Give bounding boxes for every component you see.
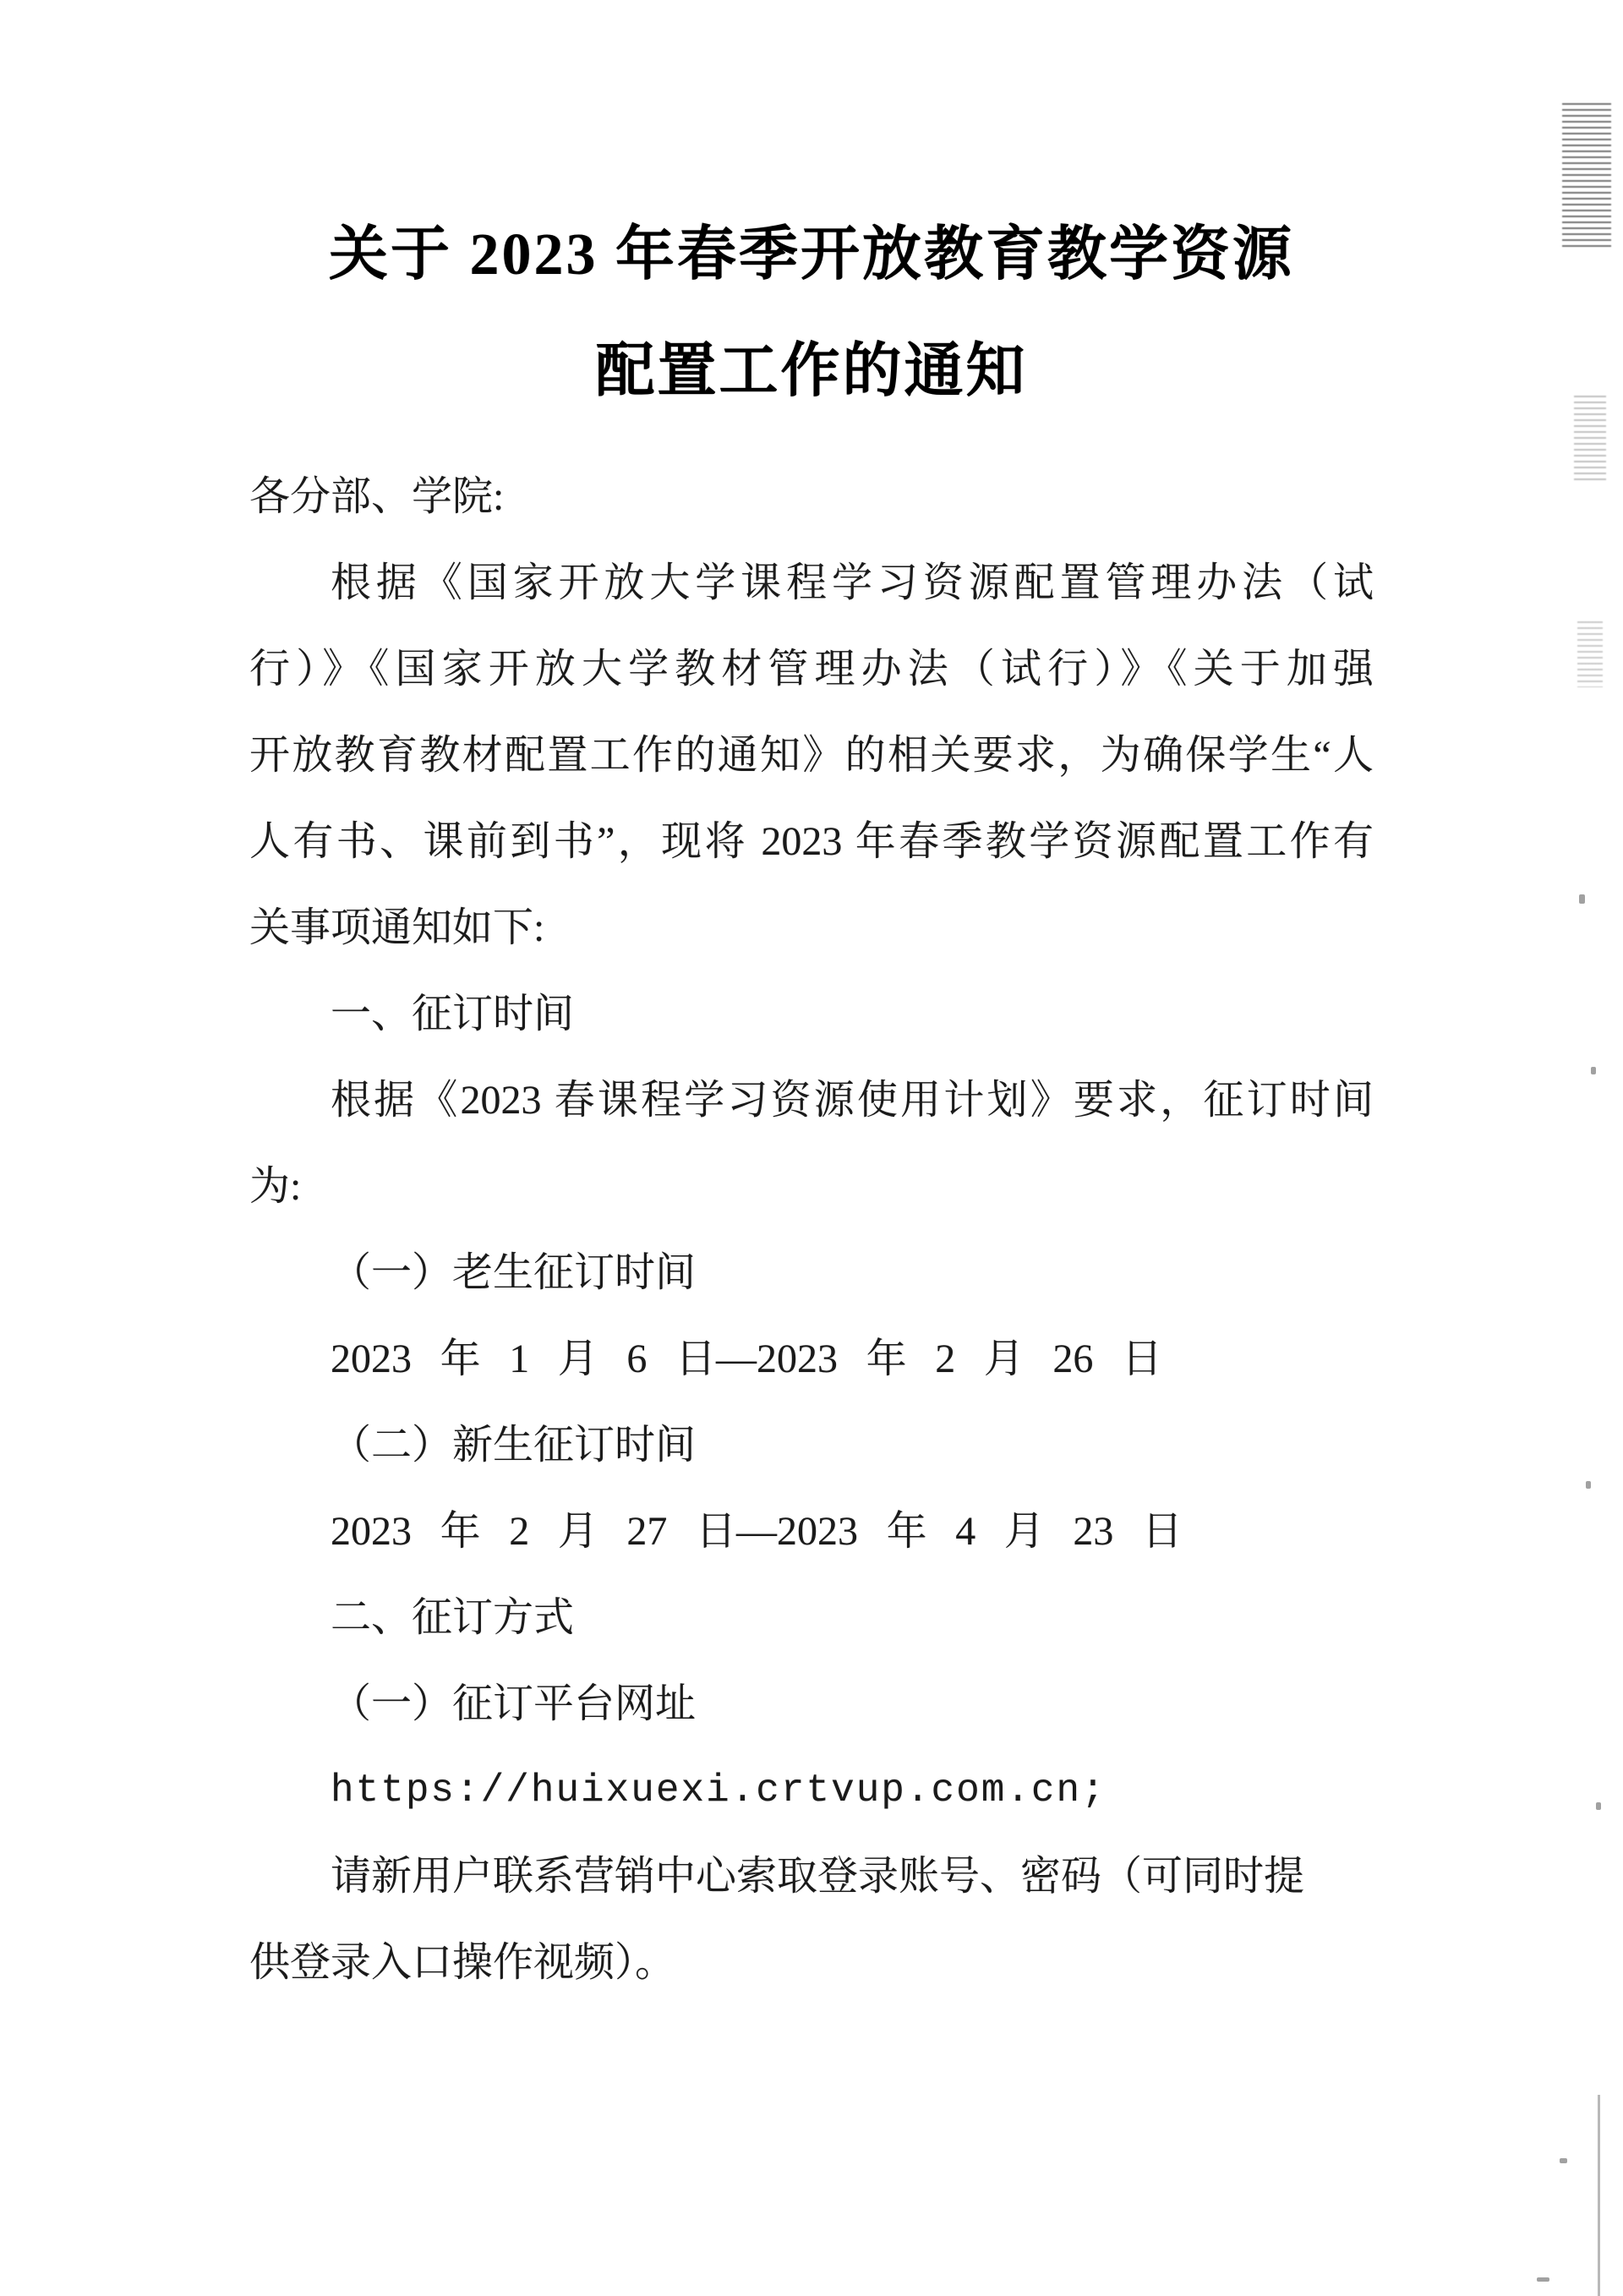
document-line: （二）新生征订时间 [249,1402,1374,1489]
document-line: 根据《国家开放大学课程学习资源配置管理办法（试 [249,540,1374,626]
document-title-line2: 配置工作的通知 [0,314,1623,430]
document-line: 开放教育教材配置工作的通知》的相关要求，为确保学生“人 [249,713,1374,799]
document-line: 行）》《国家开放大学教材管理办法（试行）》《关于加强 [249,626,1374,713]
document-line: 各分部、学院: [249,454,1374,540]
document-line: （一）老生征订时间 [249,1230,1374,1316]
scan-artifact-speck [1586,1481,1591,1489]
document-line: 请新用户联系营销中心索取登录账号、密码（可同时提 [249,1834,1374,1920]
document-line: 人有书、课前到书”，现将 2023 年春季教学资源配置工作有 [249,799,1374,885]
document-line: 关事项通知如下: [249,885,1374,971]
scan-artifact-speck [1596,1802,1601,1810]
document-line: https://huixuexi.crtvup.com.cn; [249,1747,1374,1834]
document-line: 根据《2023 春课程学习资源使用计划》要求，征订时间 [249,1058,1374,1144]
document-title: 关于 2023 年春季开放教育教学资源 配置工作的通知 [0,197,1623,430]
document-line: （一）征订平台网址 [249,1661,1374,1747]
scan-artifact-speck [1560,2158,1567,2163]
document-page: 关于 2023 年春季开放教育教学资源 配置工作的通知 各分部、学院:根据《国家… [0,0,1623,2296]
document-line: 二、征订方式 [249,1575,1374,1661]
scan-artifact-speck [1579,894,1585,904]
document-line: 2023 年 1 月 6 日—2023 年 2 月 26 日 [249,1316,1374,1402]
scan-artifact-speck [1537,2277,1549,2282]
document-title-line1: 关于 2023 年春季开放教育教学资源 [0,197,1623,314]
document-line: 供登录入口操作视频）。 [249,1920,1374,2006]
document-line: 为: [249,1144,1374,1230]
scan-artifact-noise-strip [1577,621,1603,687]
document-body: 各分部、学院:根据《国家开放大学课程学习资源配置管理办法（试行）》《国家开放大学… [249,454,1374,2006]
document-line: 2023 年 2 月 27 日—2023 年 4 月 23 日 [249,1489,1374,1575]
scan-artifact-vertical-line [1598,2095,1600,2296]
scan-artifact-speck [1591,1067,1596,1074]
document-line: 一、征订时间 [249,971,1374,1058]
